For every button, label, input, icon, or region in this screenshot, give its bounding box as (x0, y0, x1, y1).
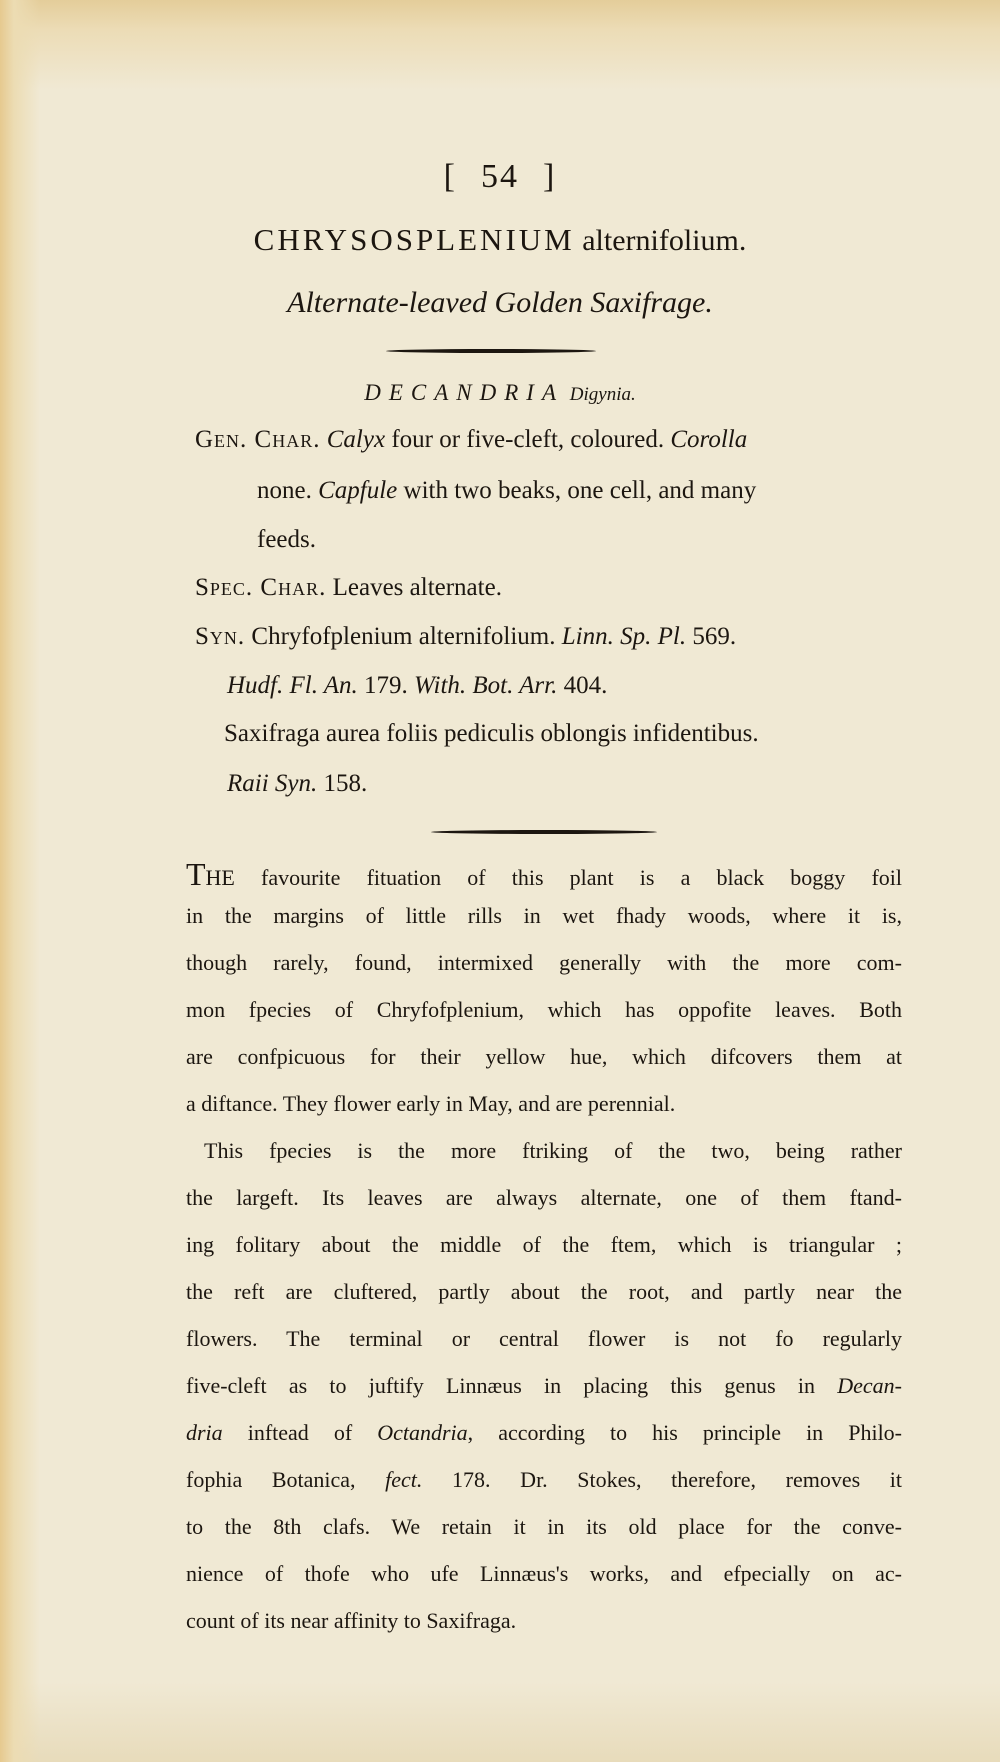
class-name: DECANDRIA (364, 380, 564, 405)
page-number-value: 54 (481, 158, 519, 195)
paragraph-2-line-6: five-cleft as to juftify Linnæus in plac… (186, 1373, 902, 1399)
body-text: inftead of (223, 1420, 378, 1445)
term-decandria: Decan- (837, 1373, 902, 1398)
syn-reference: With. Bot. Arr. (414, 672, 557, 699)
syn-text: Chryfofplenium alternifolium. (251, 623, 561, 650)
syn-page: 404. (557, 672, 607, 699)
paragraph-1-line-6: a diftance. They flower early in May, an… (186, 1091, 675, 1117)
gen-char-line-1: Gen. Char. Calyx four or five-cleft, col… (195, 426, 747, 454)
spec-char-label: Spec. Char. (195, 574, 326, 601)
drop-cap: T (186, 856, 206, 892)
divider-rule-top (386, 349, 596, 353)
page-number: [54] (0, 158, 1000, 196)
syn-page: 569. (686, 623, 736, 650)
gen-char-label: Gen. Char. (195, 426, 320, 453)
linnaean-classification: DECANDRIA Digynia. (0, 380, 1000, 406)
species-title: CHRYSOSPLENIUM alternifolium. (0, 222, 1000, 258)
order-name: Digynia. (570, 384, 636, 405)
gen-char-text: with two beaks, one cell, and many (397, 477, 756, 504)
paragraph-2-line-5: flowers. The terminal or central flower … (186, 1326, 902, 1352)
paragraph-2-line-1: This fpecies is the more ftriking of the… (204, 1138, 902, 1164)
spec-char-line: Spec. Char. Leaves alternate. (195, 574, 502, 602)
term-capsule: Capfule (318, 477, 397, 504)
paragraph-2-line-2: the largeft. Its leaves are always alter… (186, 1185, 902, 1211)
paragraph-1-line-5: are confpicuous for their yellow hue, wh… (186, 1044, 902, 1070)
initial-caps: HE (206, 865, 235, 890)
paragraph-1-line-4: mon fpecies of Chryfofplenium, which has… (186, 997, 902, 1023)
book-page: [54] CHRYSOSPLENIUM alternifolium. Alter… (0, 0, 1000, 1762)
paragraph-2-line-3: ing folitary about the middle of the fte… (186, 1232, 902, 1258)
term-calyx: Calyx (327, 426, 385, 453)
paragraph-2-line-8: fophia Botanica, fect. 178. Dr. Stokes, … (186, 1467, 902, 1493)
term-corolla: Corolla (670, 426, 747, 453)
paragraph-2-line-10: nience of thofe who ufe Linnæus's works,… (186, 1561, 902, 1587)
syn-line-2: Hudf. Fl. An. 179. With. Bot. Arr. 404. (227, 672, 607, 700)
paragraph-2-line-7: dria inftead of Octandria, according to … (186, 1420, 902, 1446)
syn-page: 158. (317, 770, 367, 797)
species-name: alternifolium. (582, 224, 746, 257)
syn-reference: Raii Syn. (227, 770, 317, 797)
paragraph-2-line-4: the reft are cluftered, partly about the… (186, 1279, 902, 1305)
term-octandria: Octandria (377, 1420, 467, 1445)
gen-char-line-3: feeds. (257, 526, 316, 554)
term-decandria-cont: dria (186, 1420, 223, 1445)
syn-label: Syn. (195, 623, 245, 650)
gen-char-text: none. (257, 477, 318, 504)
paragraph-1-line-2: in the margins of little rills in wet fh… (186, 903, 902, 929)
spec-char-text: Leaves alternate. (333, 574, 502, 601)
paragraph-1-line-1: THE favourite fituation of this plant is… (186, 856, 902, 893)
body-text: favourite fituation of this plant is a b… (235, 865, 902, 890)
body-text: five-cleft as to juftify Linnæus in plac… (186, 1373, 837, 1398)
syn-reference: Linn. Sp. Pl. (562, 623, 686, 650)
body-text: fophia Botanica, (186, 1467, 385, 1492)
term-sect: fect. (385, 1467, 422, 1492)
bracket-close: ] (519, 158, 580, 195)
genus-name: CHRYSOSPLENIUM (254, 222, 575, 257)
body-text: , according to his principle in Philo- (468, 1420, 902, 1445)
gen-char-line-2: none. Capfule with two beaks, one cell, … (257, 477, 756, 505)
syn-line-1: Syn. Chryfofplenium alternifolium. Linn.… (195, 623, 736, 651)
body-text: 178. Dr. Stokes, therefore, removes it (422, 1467, 902, 1492)
paragraph-1-line-3: though rarely, found, intermixed general… (186, 950, 902, 976)
paragraph-2-line-9: to the 8th clafs. We retain it in its ol… (186, 1514, 902, 1540)
divider-rule-middle (431, 830, 657, 834)
syn-page: 179. (358, 672, 414, 699)
bracket-open: [ (420, 158, 481, 195)
syn-reference: Hudf. Fl. An. (227, 672, 358, 699)
syn-line-3: Saxifraga aurea foliis pediculis oblongi… (224, 720, 759, 748)
syn-line-4: Raii Syn. 158. (227, 770, 367, 798)
paragraph-2-line-11: count of its near affinity to Saxifraga. (186, 1608, 516, 1634)
gen-char-text: four or five-cleft, coloured. (385, 426, 670, 453)
common-name: Alternate-leaved Golden Saxifrage. (0, 286, 1000, 320)
